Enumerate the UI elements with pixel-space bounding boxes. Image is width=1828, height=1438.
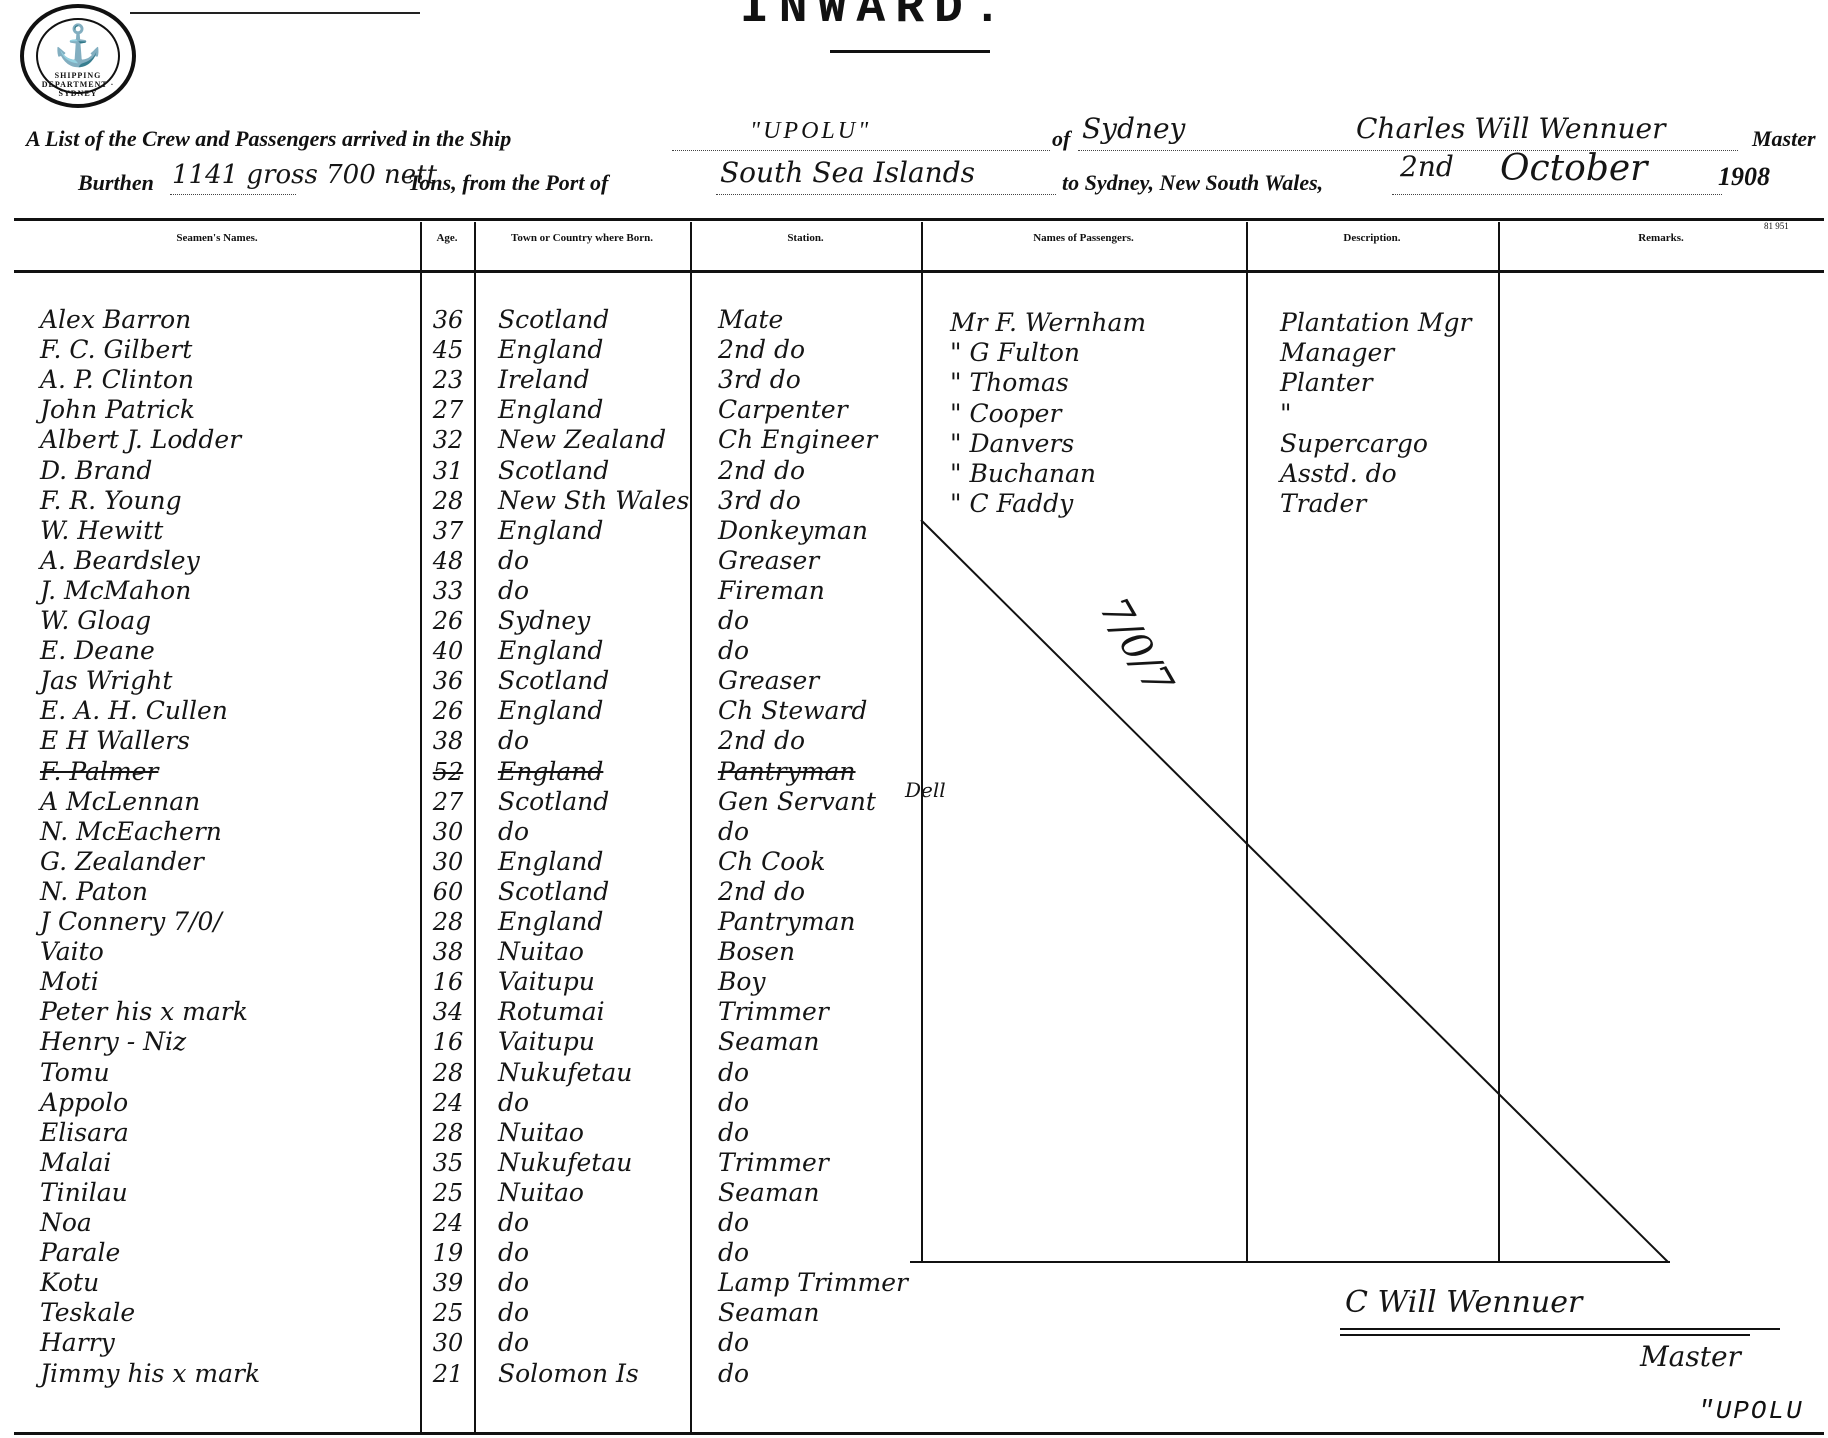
struck-margin-note: Dell: [905, 778, 946, 802]
cancellation-diagonal: [0, 0, 1828, 1438]
signature-line-2: [1340, 1334, 1750, 1336]
signature-role: Master: [1640, 1340, 1741, 1373]
ship-stamp: "UPOLU: [1698, 1396, 1804, 1426]
signature-line: [1340, 1328, 1780, 1330]
master-signature: C Will Wennuer: [1345, 1285, 1582, 1320]
